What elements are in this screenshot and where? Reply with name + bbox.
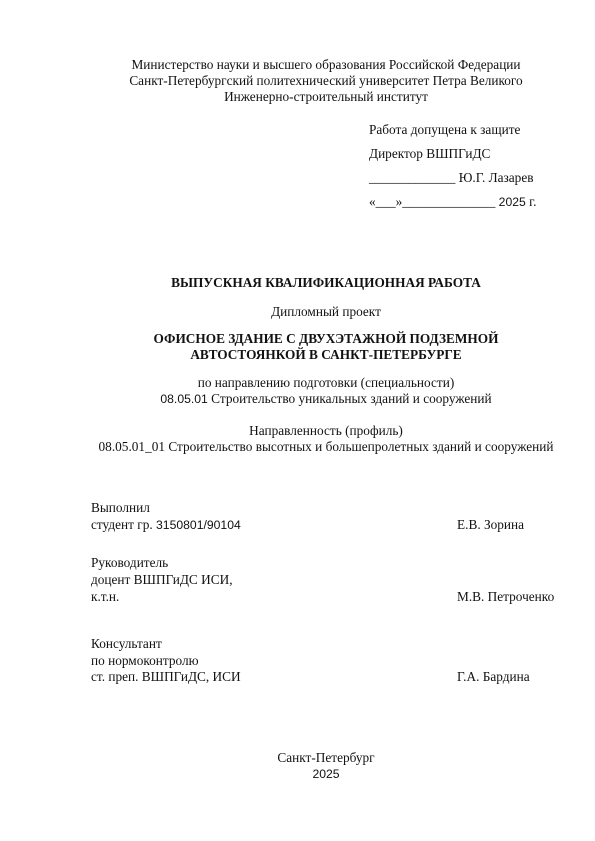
- author-role: Выполнил: [91, 500, 150, 516]
- direction-label: по направлению подготовки (специальности…: [85, 375, 567, 391]
- topic-title-line1: ОФИСНОЕ ЗДАНИЕ С ДВУХЭТАЖНОЙ ПОДЗЕМНОЙ: [85, 331, 567, 347]
- admitted-to-defense: Работа допущена к защите: [369, 122, 520, 138]
- institute-name: Инженерно-строительный институт: [85, 89, 567, 105]
- supervisor-name: М.В. Петроченко: [457, 589, 554, 605]
- consultant-name: Г.А. Бардина: [457, 669, 530, 685]
- author-detail: студент гр. 3150801/90104: [91, 517, 241, 533]
- profile-value: 08.05.01_01 Строительство высотных и бол…: [85, 439, 567, 455]
- topic-title-line2: АВТОСТОЯНКОЙ В САНКТ-ПЕТЕРБУРГЕ: [85, 347, 567, 363]
- supervisor-role: Руководитель: [91, 555, 168, 571]
- director-signature-line: _____________ Ю.Г. Лазарев: [369, 170, 534, 186]
- author-name: Е.В. Зорина: [457, 517, 524, 533]
- project-type: Дипломный проект: [85, 304, 567, 320]
- consultant-role: Консультант: [91, 636, 162, 652]
- direction-name: Строительство уникальных зданий и сооруж…: [211, 391, 491, 406]
- approval-date: «___»______________ 2025 г.: [369, 194, 536, 210]
- supervisor-detail-line1: доцент ВШПГиДС ИСИ,: [91, 572, 233, 588]
- author-detail-prefix: студент гр.: [91, 517, 153, 532]
- supervisor-detail-line2: к.т.н.: [91, 589, 119, 605]
- direction-value: 08.05.01 Строительство уникальных зданий…: [85, 391, 567, 407]
- consultant-detail-line2: ст. преп. ВШПГиДС, ИСИ: [91, 669, 241, 685]
- direction-code: 08.05.01: [160, 392, 207, 406]
- work-type-heading: ВЫПУСКНАЯ КВАЛИФИКАЦИОННАЯ РАБОТА: [85, 275, 567, 291]
- footer-year: 2025: [85, 766, 567, 782]
- date-suffix: г.: [529, 194, 536, 209]
- director-name: Ю.Г. Лазарев: [459, 170, 534, 185]
- university-name: Санкт-Петербургский политехнический унив…: [85, 73, 567, 89]
- date-day-blank: ___: [376, 194, 396, 209]
- footer-city: Санкт-Петербург: [85, 750, 567, 766]
- ministry-name: Министерство науки и высшего образования…: [85, 57, 567, 73]
- profile-label: Направленность (профиль): [85, 423, 567, 439]
- signature-blank: _____________: [369, 170, 455, 185]
- date-month-blank: ______________: [402, 194, 495, 209]
- author-group: 3150801/90104: [156, 518, 241, 532]
- date-year: 2025: [499, 195, 526, 209]
- consultant-detail-line1: по нормоконтролю: [91, 653, 199, 669]
- director-position: Директор ВШПГиДС: [369, 146, 490, 162]
- date-open-quote: «: [369, 194, 376, 209]
